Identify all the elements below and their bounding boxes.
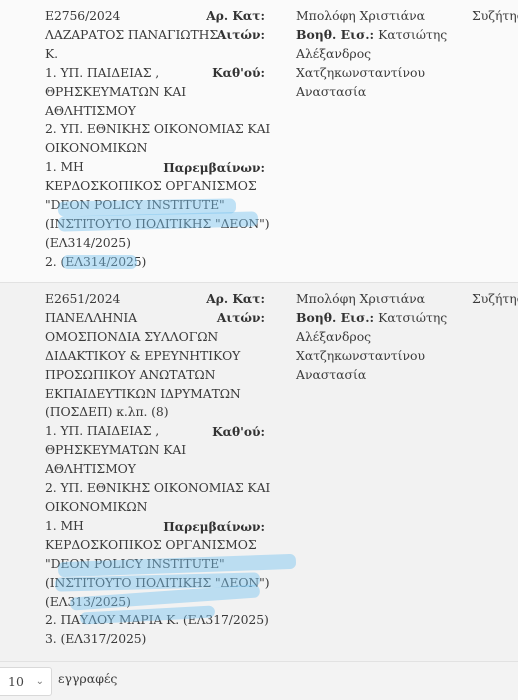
case-details: Ε2756/2024 ΛΑΖΑΡΑΤΟΣ ΠΑΝΑΓΙΩΤΗΣ Κ. 1. ΥΠ… [45,7,265,272]
intervenor-line: (ΙΝΣΤΙΤΟΥΤΟ ΠΟΛΙΤΙΚΗΣ "ΔΕΟΝ") [45,215,265,234]
entries-label: εγγραφές [58,671,117,686]
petitioner-line: ΔΙΔΑΚΤΙΚΟΥ & ΕΡΕΥΝΗΤΙΚΟΥ [45,347,265,366]
intervenor-line: (ΕΛ313/2025) [45,593,265,612]
respondent-line: ΘΡΗΣΚΕΥΜΑΤΩΝ ΚΑΙ [45,83,265,102]
respondent-line: ΑΘΛΗΤΙΣΜΟΥ [45,460,265,479]
respondent-line: ΟΙΚΟΝΟΜΙΚΩΝ [45,498,265,517]
intervenor-line: ΚΕΡΔΟΣΚΟΠΙΚΟΣ ΟΡΓΑΝΙΣΜΟΣ [45,536,265,555]
page-size-select[interactable]: 10 ⌄ [0,667,52,696]
rapporteur: Μπολόφη Χριστιάνα [296,7,466,26]
table-row: Ε2756/2024 ΛΑΖΑΡΑΤΟΣ ΠΑΝΑΓΙΩΤΗΣ Κ. 1. ΥΠ… [0,0,518,283]
intervenor-line: ΚΕΡΔΟΣΚΟΠΙΚΟΣ ΟΡΓΑΝΙΣΜΟΣ [45,177,265,196]
assistant-rapporteur: Βοηθ. Εισ.: Κατσιώτης [296,26,466,45]
intervenors-label: Παρεμβαίνων: [163,520,265,534]
case-details: Ε2651/2024 ΠΑΝΕΛΛΗΝΙΑ ΟΜΟΣΠΟΝΔΙΑ ΣΥΛΛΟΓΩ… [45,290,265,649]
respondent-line: ΘΡΗΣΚΕΥΜΑΤΩΝ ΚΑΙ [45,441,265,460]
petitioners-label: Αιτών: [217,28,265,42]
judges-info: Μπολόφη Χριστιάνα Βοηθ. Εισ.: Κατσιώτης … [296,290,466,385]
page-size-value: 10 [8,674,24,689]
case-status: Συζήτηση [472,290,518,309]
respondent-line: 2. ΥΠ. ΕΘΝΙΚΗΣ ΟΙΚΟΝΟΜΙΑΣ ΚΑΙ [45,120,265,139]
assistant-rapporteur-line: Αλέξανδρος [296,45,466,64]
case-status: Συζήτηση [472,7,518,26]
respondent-line: 2. ΥΠ. ΕΘΝΙΚΗΣ ΟΙΚΟΝΟΜΙΑΣ ΚΑΙ [45,479,265,498]
assistant-rapporteur-line: Χατζηκωνσταντίνου [296,64,466,83]
judges-info: Μπολόφη Χριστιάνα Βοηθ. Εισ.: Κατσιώτης … [296,7,466,102]
intervenor-line: 3. (ΕΛ317/2025) [45,630,265,649]
intervenors-label: Παρεμβαίνων: [163,161,265,175]
intervenor-line: (ΙΝΣΤΙΤΟΥΤΟ ΠΟΛΙΤΙΚΗΣ "ΔΕΟΝ") [45,574,265,593]
petitioner-line: ΠΡΟΣΩΠΙΚΟΥ ΑΝΩΤΑΤΩΝ [45,366,265,385]
case-number-label: Αρ. Κατ: [206,292,265,306]
intervenor-line: (ΕΛ314/2025) [45,234,265,253]
assistant-rapporteur-line: Κατσιώτης [378,310,447,325]
intervenor-line: 2. ΠΑΥΛΟΥ ΜΑΡΙΑ Κ. (ΕΛ317/2025) [45,611,265,630]
assistant-rapporteur: Βοηθ. Εισ.: Κατσιώτης [296,309,466,328]
assistant-rapporteur-line: Χατζηκωνσταντίνου [296,347,466,366]
petitioner-line: Κ. [45,45,265,64]
assistant-rapporteur-line: Αλέξανδρος [296,328,466,347]
case-number-label: Αρ. Κατ: [206,9,265,23]
respondent-line: ΑΘΛΗΤΙΣΜΟΥ [45,102,265,121]
assistant-rapporteur-line: Αναστασία [296,366,466,385]
table-footer: 10 ⌄ εγγραφές [0,664,518,700]
assistant-rapporteur-line: Αναστασία [296,83,466,102]
intervenor-line: "DEON POLICY INSTITUTE" [45,555,265,574]
respondents-label: Καθ'ού: [212,66,265,80]
respondents-label: Καθ'ού: [212,425,265,439]
cases-table: Ε2756/2024 ΛΑΖΑΡΑΤΟΣ ΠΑΝΑΓΙΩΤΗΣ Κ. 1. ΥΠ… [0,0,518,662]
intervenor-line: 2. (ΕΛ314/2025) [45,253,265,272]
respondent-line: ΟΙΚΟΝΟΜΙΚΩΝ [45,139,265,158]
intervenor-line: "DEON POLICY INSTITUTE" [45,196,265,215]
assistant-rapporteur-label: Βοηθ. Εισ.: [296,27,374,42]
assistant-rapporteur-label: Βοηθ. Εισ.: [296,310,374,325]
petitioner-line: ΕΚΠΑΙΔΕΥΤΙΚΩΝ ΙΔΡΥΜΑΤΩΝ [45,385,265,404]
chevron-down-icon: ⌄ [36,668,44,695]
petitioner-line: ΟΜΟΣΠΟΝΔΙΑ ΣΥΛΛΟΓΩΝ [45,328,265,347]
rapporteur: Μπολόφη Χριστιάνα [296,290,466,309]
petitioner-line: (ΠΟΣΔΕΠ) κ.λπ. (8) [45,403,265,422]
petitioners-label: Αιτών: [217,311,265,325]
assistant-rapporteur-line: Κατσιώτης [378,27,447,42]
table-row: Ε2651/2024 ΠΑΝΕΛΛΗΝΙΑ ΟΜΟΣΠΟΝΔΙΑ ΣΥΛΛΟΓΩ… [0,283,518,662]
